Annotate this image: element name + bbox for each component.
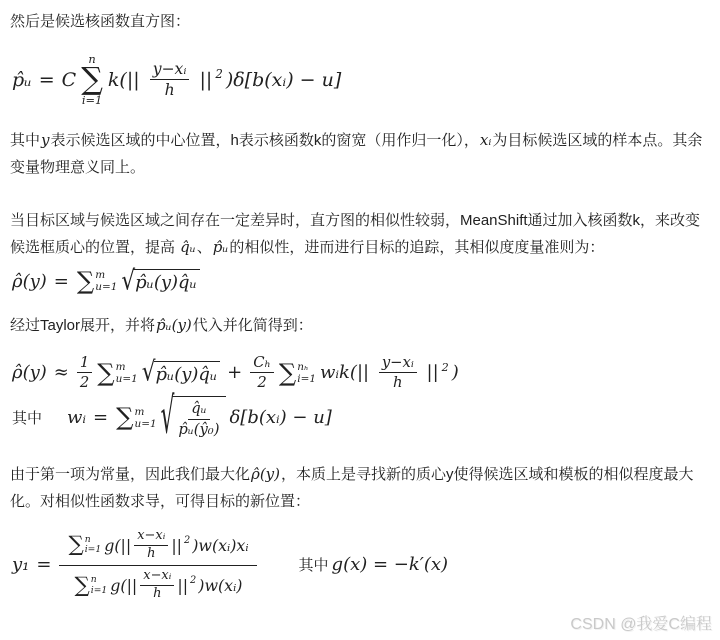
plus-sign: + bbox=[227, 362, 242, 383]
fraction: q̂ᵤ p̂ᵤ(ŷ₀) bbox=[175, 399, 222, 438]
formula-lhs: ρ̂(y) bbox=[12, 271, 47, 292]
sum-operator: ∑ m u=1 bbox=[116, 405, 156, 429]
sum-lower-limit: u=1 bbox=[95, 281, 117, 293]
norm-bars: || bbox=[177, 576, 188, 595]
formula-lhs: p̂ᵤ bbox=[12, 69, 32, 91]
text-run: 代入并化简得到： bbox=[193, 317, 313, 334]
sum-operator: ∑ m u=1 bbox=[97, 361, 137, 385]
kernel-open: g(|| bbox=[104, 536, 131, 555]
equals-sign: = bbox=[36, 554, 51, 575]
sigma-icon: ∑ bbox=[68, 534, 83, 555]
sigma-icon: ∑ bbox=[116, 405, 133, 429]
sum-operator: ∑ n i=1 bbox=[68, 534, 101, 555]
formula-candidate-kernel-histogram: p̂ᵤ = C n ∑ i=1 k(|| y−xᵢ h || 2 )δ[b(xᵢ… bbox=[12, 53, 710, 107]
text-run: 由于第一项为常量，因此我们最大化 bbox=[10, 466, 250, 483]
fraction-numerator: x−xᵢ bbox=[134, 528, 168, 546]
inline-math-pu: p̂ᵤ bbox=[212, 238, 230, 256]
paragraph-meanshift-explanation: 当目标区域与候选区域之间存在一定差异时，直方图的相似性较弱，MeanShift通… bbox=[10, 207, 710, 261]
g-definition: g(x) = −k′(x) bbox=[332, 554, 449, 575]
radical-icon: √ bbox=[142, 357, 156, 388]
fraction-ch: Cₕ 2 bbox=[250, 353, 274, 392]
sum-lower-limit: i=1 bbox=[82, 94, 102, 107]
sum-upper-limit: m bbox=[135, 406, 157, 418]
fraction-numerator: x−xᵢ bbox=[140, 568, 174, 586]
paragraph-intro: 然后是候选核函数直方图： bbox=[10, 8, 710, 35]
fraction-numerator: q̂ᵤ bbox=[188, 399, 209, 419]
sum-lower-limit: i=1 bbox=[91, 586, 107, 597]
fraction-denominator: h bbox=[150, 586, 164, 603]
fraction-denominator: p̂ᵤ(ŷ₀) bbox=[175, 420, 222, 439]
fraction-numerator: 1 bbox=[77, 353, 92, 373]
radicand: p̂ᵤ(y)q̂ᵤ bbox=[154, 361, 221, 385]
formula-similarity-measure: ρ̂(y) = ∑ m u=1 √ p̂ᵤ(y)q̂ᵤ bbox=[12, 269, 710, 294]
paragraph-variable-definitions: 其中y表示候选区域的中心位置，h表示核函数k的窗宽（用作归一化），xᵢ为目标候选… bbox=[10, 127, 710, 181]
delta-term: δ[b(xᵢ) − u] bbox=[229, 407, 331, 428]
inline-math-puy: p̂ᵤ(y) bbox=[155, 316, 193, 334]
kernel-open: wᵢk(|| bbox=[320, 362, 375, 383]
exponent: 2 bbox=[215, 67, 223, 81]
norm-bars: || bbox=[193, 69, 212, 91]
formula-weight-definition: 其中 wᵢ = ∑ m u=1 √ q̂ᵤ p̂ᵤ(ŷ₀) δ[b(xᵢ) − … bbox=[12, 396, 710, 438]
fraction-denominator: h bbox=[144, 546, 158, 563]
formula-new-position: y₁ = ∑ n i=1 g(|| x−xᵢ h || 2 )w(xᵢ)xᵢ bbox=[12, 527, 710, 604]
sigma-icon: ∑ bbox=[279, 361, 296, 385]
sum-operator: ∑ n i=1 bbox=[75, 575, 108, 596]
text-run: 经过Taylor展开，并将 bbox=[10, 317, 155, 334]
sum-upper-limit: nₕ bbox=[297, 361, 316, 373]
fraction-denominator: 2 bbox=[77, 373, 92, 392]
coefficient: C bbox=[62, 69, 77, 91]
sum-lower-limit: u=1 bbox=[116, 373, 138, 385]
radicand: q̂ᵤ p̂ᵤ(ŷ₀) bbox=[172, 396, 226, 438]
fraction: y−xᵢ h bbox=[379, 353, 417, 392]
fraction-numerator: ∑ n i=1 g(|| x−xᵢ h || 2 )w(xᵢ)xᵢ bbox=[59, 527, 256, 567]
square-root: √ p̂ᵤ(y)q̂ᵤ bbox=[121, 269, 199, 294]
delta-term: )δ[b(xᵢ) − u] bbox=[226, 69, 341, 91]
inline-math-qu: q̂ᵤ bbox=[179, 238, 197, 256]
radical-icon: √ bbox=[161, 389, 175, 447]
inline-math-rhoy: ρ̂(y) bbox=[250, 465, 281, 483]
approx-sign: ≈ bbox=[54, 362, 69, 383]
sigma-icon: ∑ bbox=[81, 66, 103, 95]
sum-upper-limit: m bbox=[95, 269, 117, 281]
equals-sign: = bbox=[93, 407, 108, 428]
norm-bars: || bbox=[421, 362, 439, 383]
sum-operator: ∑ nₕ i=1 bbox=[279, 361, 316, 385]
fraction-numerator: y−xᵢ bbox=[379, 353, 417, 373]
article-body: 然后是候选核函数直方图： p̂ᵤ = C n ∑ i=1 k(|| y−xᵢ h… bbox=[0, 0, 720, 603]
square-root: √ q̂ᵤ p̂ᵤ(ŷ₀) bbox=[161, 396, 227, 438]
formula-label: 其中 bbox=[299, 554, 329, 575]
sum-lower-limit: i=1 bbox=[297, 373, 316, 385]
sum-lower-limit: i=1 bbox=[85, 545, 101, 556]
weight-term: )w(xᵢ) bbox=[198, 576, 242, 595]
sum-operator: ∑ m u=1 bbox=[77, 269, 117, 293]
formula-lhs: y₁ bbox=[12, 554, 29, 575]
kernel-open: g(|| bbox=[110, 576, 137, 595]
big-fraction: ∑ n i=1 g(|| x−xᵢ h || 2 )w(xᵢ)xᵢ ∑ bbox=[59, 527, 256, 604]
paragraph-maximization: 由于第一项为常量，因此我们最大化ρ̂(y)，本质上是寻找新的质心y使得候选区域和… bbox=[10, 461, 710, 515]
norm-bars: || bbox=[171, 536, 182, 555]
fraction-denominator: h bbox=[390, 373, 406, 392]
kernel-open: k(|| bbox=[108, 69, 146, 91]
sum-lower-limit: u=1 bbox=[135, 418, 157, 430]
csdn-watermark: CSDN @我爱C编程 bbox=[570, 611, 712, 634]
exponent: 2 bbox=[184, 535, 190, 547]
radical-icon: √ bbox=[121, 266, 135, 297]
fraction: x−xᵢ h bbox=[140, 568, 174, 603]
fraction-denominator: ∑ n i=1 g(|| x−xᵢ h || 2 )w(xᵢ) bbox=[66, 566, 251, 603]
sum-upper-limit: m bbox=[116, 361, 138, 373]
paragraph-taylor: 经过Taylor展开，并将p̂ᵤ(y)代入并化简得到： bbox=[10, 312, 710, 339]
fraction-half: 1 2 bbox=[77, 353, 92, 392]
fraction-denominator: 2 bbox=[254, 373, 269, 392]
fraction-numerator: Cₕ bbox=[250, 353, 274, 373]
sigma-icon: ∑ bbox=[77, 269, 94, 293]
text-run: 其中 bbox=[10, 132, 40, 149]
formula-lhs: wᵢ bbox=[67, 407, 86, 428]
text-run: 表示候选区域的中心位置，h表示核函数k的窗宽（用作归一化）， bbox=[51, 132, 479, 149]
text-run: 、 bbox=[197, 239, 212, 256]
text-run: 的相似性，进而进行目标的追踪，其相似度度量准则为： bbox=[229, 239, 604, 256]
exponent: 2 bbox=[442, 361, 449, 374]
formula-lhs: ρ̂(y) bbox=[12, 362, 47, 383]
sigma-icon: ∑ bbox=[97, 361, 114, 385]
radicand: p̂ᵤ(y)q̂ᵤ bbox=[133, 269, 200, 293]
square-root: √ p̂ᵤ(y)q̂ᵤ bbox=[142, 360, 220, 385]
fraction-denominator: h bbox=[162, 80, 178, 100]
close-paren: ) bbox=[452, 362, 459, 383]
formula-label: 其中 bbox=[12, 407, 42, 428]
inline-math-xi: xᵢ bbox=[479, 131, 492, 149]
equals-sign: = bbox=[39, 69, 55, 91]
weight-term: )w(xᵢ)xᵢ bbox=[192, 536, 248, 555]
fraction: y−xᵢ h bbox=[150, 59, 190, 101]
fraction-numerator: y−xᵢ bbox=[150, 59, 190, 80]
sum-operator: n ∑ i=1 bbox=[81, 53, 103, 107]
fraction: x−xᵢ h bbox=[134, 528, 168, 563]
formula-taylor-expansion: ρ̂(y) ≈ 1 2 ∑ m u=1 √ p̂ᵤ(y)q̂ᵤ + Cₕ 2 ∑… bbox=[12, 353, 710, 392]
sigma-icon: ∑ bbox=[75, 575, 90, 596]
equals-sign: = bbox=[54, 271, 69, 292]
inline-math-y: y bbox=[40, 131, 50, 149]
exponent: 2 bbox=[190, 575, 196, 587]
